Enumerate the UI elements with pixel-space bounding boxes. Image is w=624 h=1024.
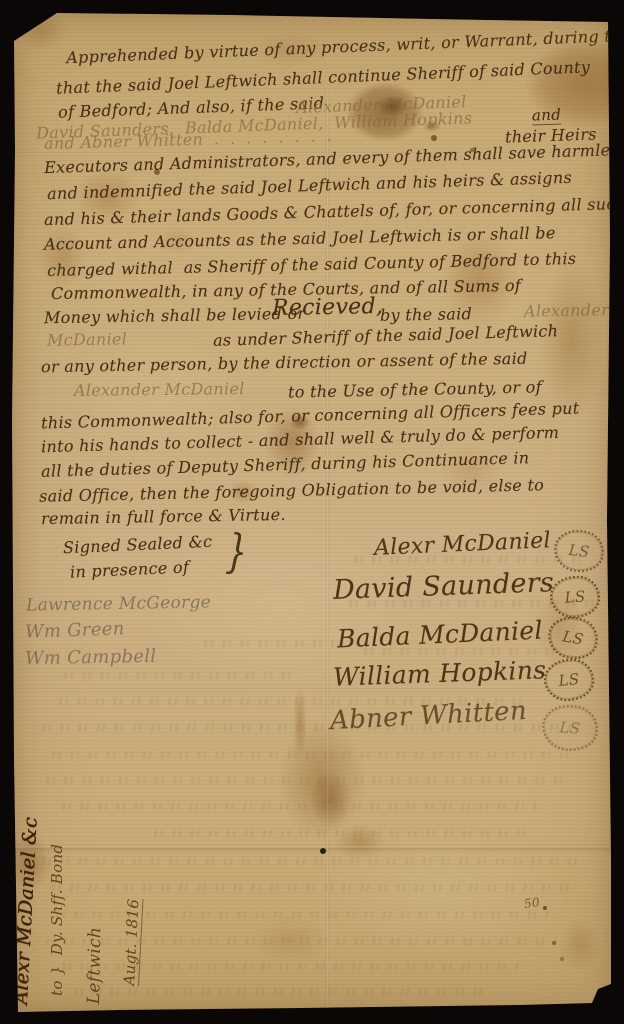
signature-2: David Saunders [333,567,555,606]
body-text-l13a: McDaniel [47,329,127,349]
attestation-brace: } [225,527,249,574]
signature-5: Abner Whitten [329,696,527,736]
body-text-l12d: Alexander [524,300,609,320]
body-text-l20: remain in full force & Virtue. [41,505,286,528]
docket-dk1: Alexr McDaniel &c [10,816,42,1005]
manuscript-page: Apprehended by virtue of any process, wr… [0,0,624,1024]
docket-dk4: Augt. 1816 [120,898,144,986]
body-text-l14: or any other person, by the direction or… [41,349,528,376]
body-text-l12b: Recieved, [272,294,384,321]
body-text-l13b: as under Sheriff of the said Joel Leftwi… [213,321,559,350]
seal-1: LS [552,528,606,575]
attestation-line-2: in presence of [70,557,190,581]
body-text-l12a: Money which shall be levied or [44,304,306,328]
seal-3: LS [545,613,602,663]
ink-specks [0,0,4,4]
signature-1: Alexr McDaniel [374,528,552,561]
seal-4: LS [542,657,596,704]
seal-2: LS [549,574,602,619]
witness-signature-3: Wm Campbell [25,646,157,669]
body-text-l12c: by the said [380,304,472,325]
attestation-line-1: Signed Sealed &c [63,532,213,557]
witness-signature-1: Lawrence McGeorge [26,592,211,615]
body-text-l9: Account and Accounts as the said Joel Le… [44,223,556,254]
body-text-l19: said Office, then the foregoing Obligati… [39,475,544,505]
body-text-l15a: Alexander McDaniel [74,379,245,400]
margin-mark: 50 [523,895,541,911]
docket-dk3: Leftwich [84,927,105,1005]
signature-3: Balda McDaniel [336,616,543,654]
photograph-background: Apprehended by virtue of any process, wr… [0,0,624,1024]
body-text-l15b: to the Use of the County, or of [288,377,542,401]
body-text-l3c: and [532,105,562,125]
witness-signature-2: Wm Green [25,618,125,642]
seal-5: LS [540,703,599,753]
signature-4: William Hopkins [333,655,547,691]
handwriting-layer: Apprehended by virtue of any process, wr… [0,0,624,1024]
docket-dk2: to } Dy. Shff. Bond [48,844,66,996]
